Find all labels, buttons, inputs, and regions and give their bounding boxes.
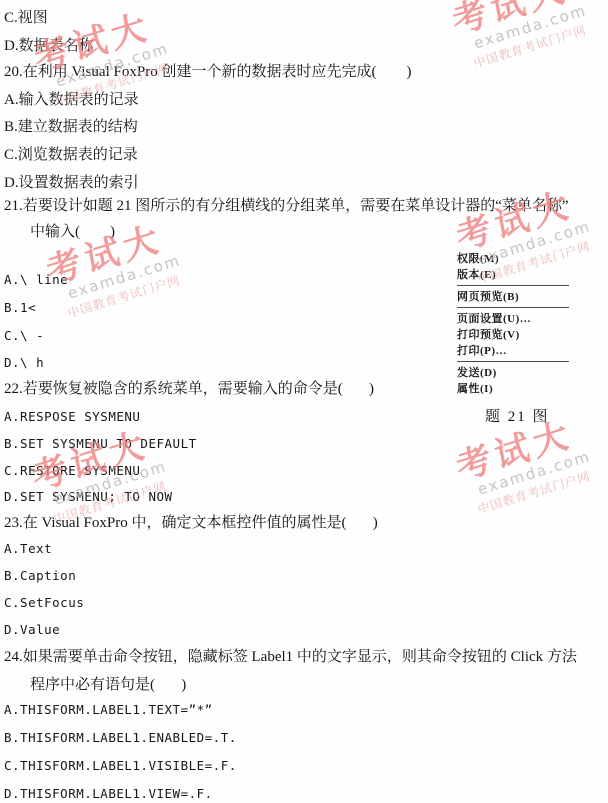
- text-line: B.建立数据表的结构: [4, 118, 138, 136]
- text-line: 22.若要恢复被隐含的系统菜单，需要输入的命令是( ): [4, 380, 374, 398]
- text-line: C.THISFORM.LABEL1.VISIBLE=.F.: [4, 757, 237, 775]
- text-line: D.设置数据表的索引: [4, 174, 139, 192]
- watermark-domain-text: examda.com: [476, 436, 608, 499]
- watermark-domain-text: examda.com: [66, 240, 220, 303]
- text-line: D.THISFORM.LABEL1.VIEW=.F.: [4, 785, 213, 803]
- menu-separator-line: [457, 361, 569, 362]
- watermark-tagline-text: 中国教育考试门户网: [65, 258, 225, 322]
- watermark-brand-logo: 考试大: [44, 206, 213, 291]
- text-line: 中输入( ): [30, 223, 115, 241]
- figure-caption: 题 21 图: [485, 405, 575, 426]
- menu-item: 页面设置(U)…: [457, 311, 575, 327]
- watermark: 考试大 examda.com 中国教育考试门户网: [448, 0, 608, 74]
- exam-document-page: 考试大 examda.com 中国教育考试门户网 考试大 examda.com …: [0, 0, 608, 803]
- text-line: A.Text: [4, 540, 52, 558]
- text-line: 21.若要设计如题 21 图所示的有分组横线的分组菜单，需要在菜单设计器的“菜单…: [4, 197, 569, 215]
- menu-separator-line: [457, 285, 569, 286]
- text-line: D.Value: [4, 621, 60, 639]
- text-line: 20.在利用 Visual FoxPro 创建一个新的数据表时应先完成( ): [4, 63, 411, 81]
- menu-item: 权限(M): [457, 251, 575, 267]
- text-line: D.SET SYSMENU; TO NOW: [4, 488, 173, 506]
- text-line: C.浏览数据表的记录: [4, 146, 138, 164]
- text-line: A.输入数据表的记录: [4, 91, 139, 109]
- watermark-brand-logo: 考试大: [450, 0, 608, 41]
- text-line: C.SetFocus: [4, 594, 84, 612]
- text-line: B.1<: [4, 299, 36, 317]
- text-line: D.数据表名称: [4, 37, 94, 55]
- menu-list: 权限(M)版本(E)网页预览(B)页面设置(U)…打印预览(V)打印(P)…发送…: [457, 251, 575, 397]
- text-line: B.Caption: [4, 567, 76, 585]
- text-line: 24.如果需要单击命令按钮，隐藏标签 Label1 中的文字显示，则其命令按钮的…: [4, 648, 577, 666]
- text-line: A.\ line: [4, 271, 68, 289]
- menu-item: 版本(E): [457, 267, 575, 283]
- menu-figure: 权限(M)版本(E)网页预览(B)页面设置(U)…打印预览(V)打印(P)…发送…: [457, 251, 575, 426]
- menu-item: 发送(D): [457, 365, 575, 381]
- menu-item: 网页预览(B): [457, 289, 575, 305]
- text-line: 程序中必有语句是( ): [30, 676, 186, 694]
- menu-separator-line: [457, 307, 569, 308]
- menu-item: 打印预览(V): [457, 327, 575, 343]
- text-line: B.THISFORM.LABEL1.ENABLED=.T.: [4, 729, 237, 747]
- watermark-domain-text: examda.com: [472, 0, 608, 53]
- menu-item: 属性(I): [457, 381, 575, 397]
- text-line: C.\ -: [4, 327, 44, 345]
- text-line: A.THISFORM.LABEL1.TEXT=”*”: [4, 701, 213, 719]
- text-line: A.RESPOSE SYSMENU: [4, 408, 140, 426]
- text-line: C.RESTORE SYSMENU: [4, 462, 140, 480]
- watermark-tagline-text: 中国教育考试门户网: [471, 8, 608, 72]
- text-line: B.SET SYSMENU TO DEFAULT: [4, 435, 197, 453]
- menu-item: 打印(P)…: [457, 343, 575, 359]
- text-line: 23.在 Visual FoxPro 中，确定文本框控件值的属性是( ): [4, 514, 378, 532]
- text-line: D.\ h: [4, 354, 44, 372]
- watermark-tagline-text: 中国教育考试门户网: [475, 454, 608, 518]
- text-line: C.视图: [4, 9, 48, 27]
